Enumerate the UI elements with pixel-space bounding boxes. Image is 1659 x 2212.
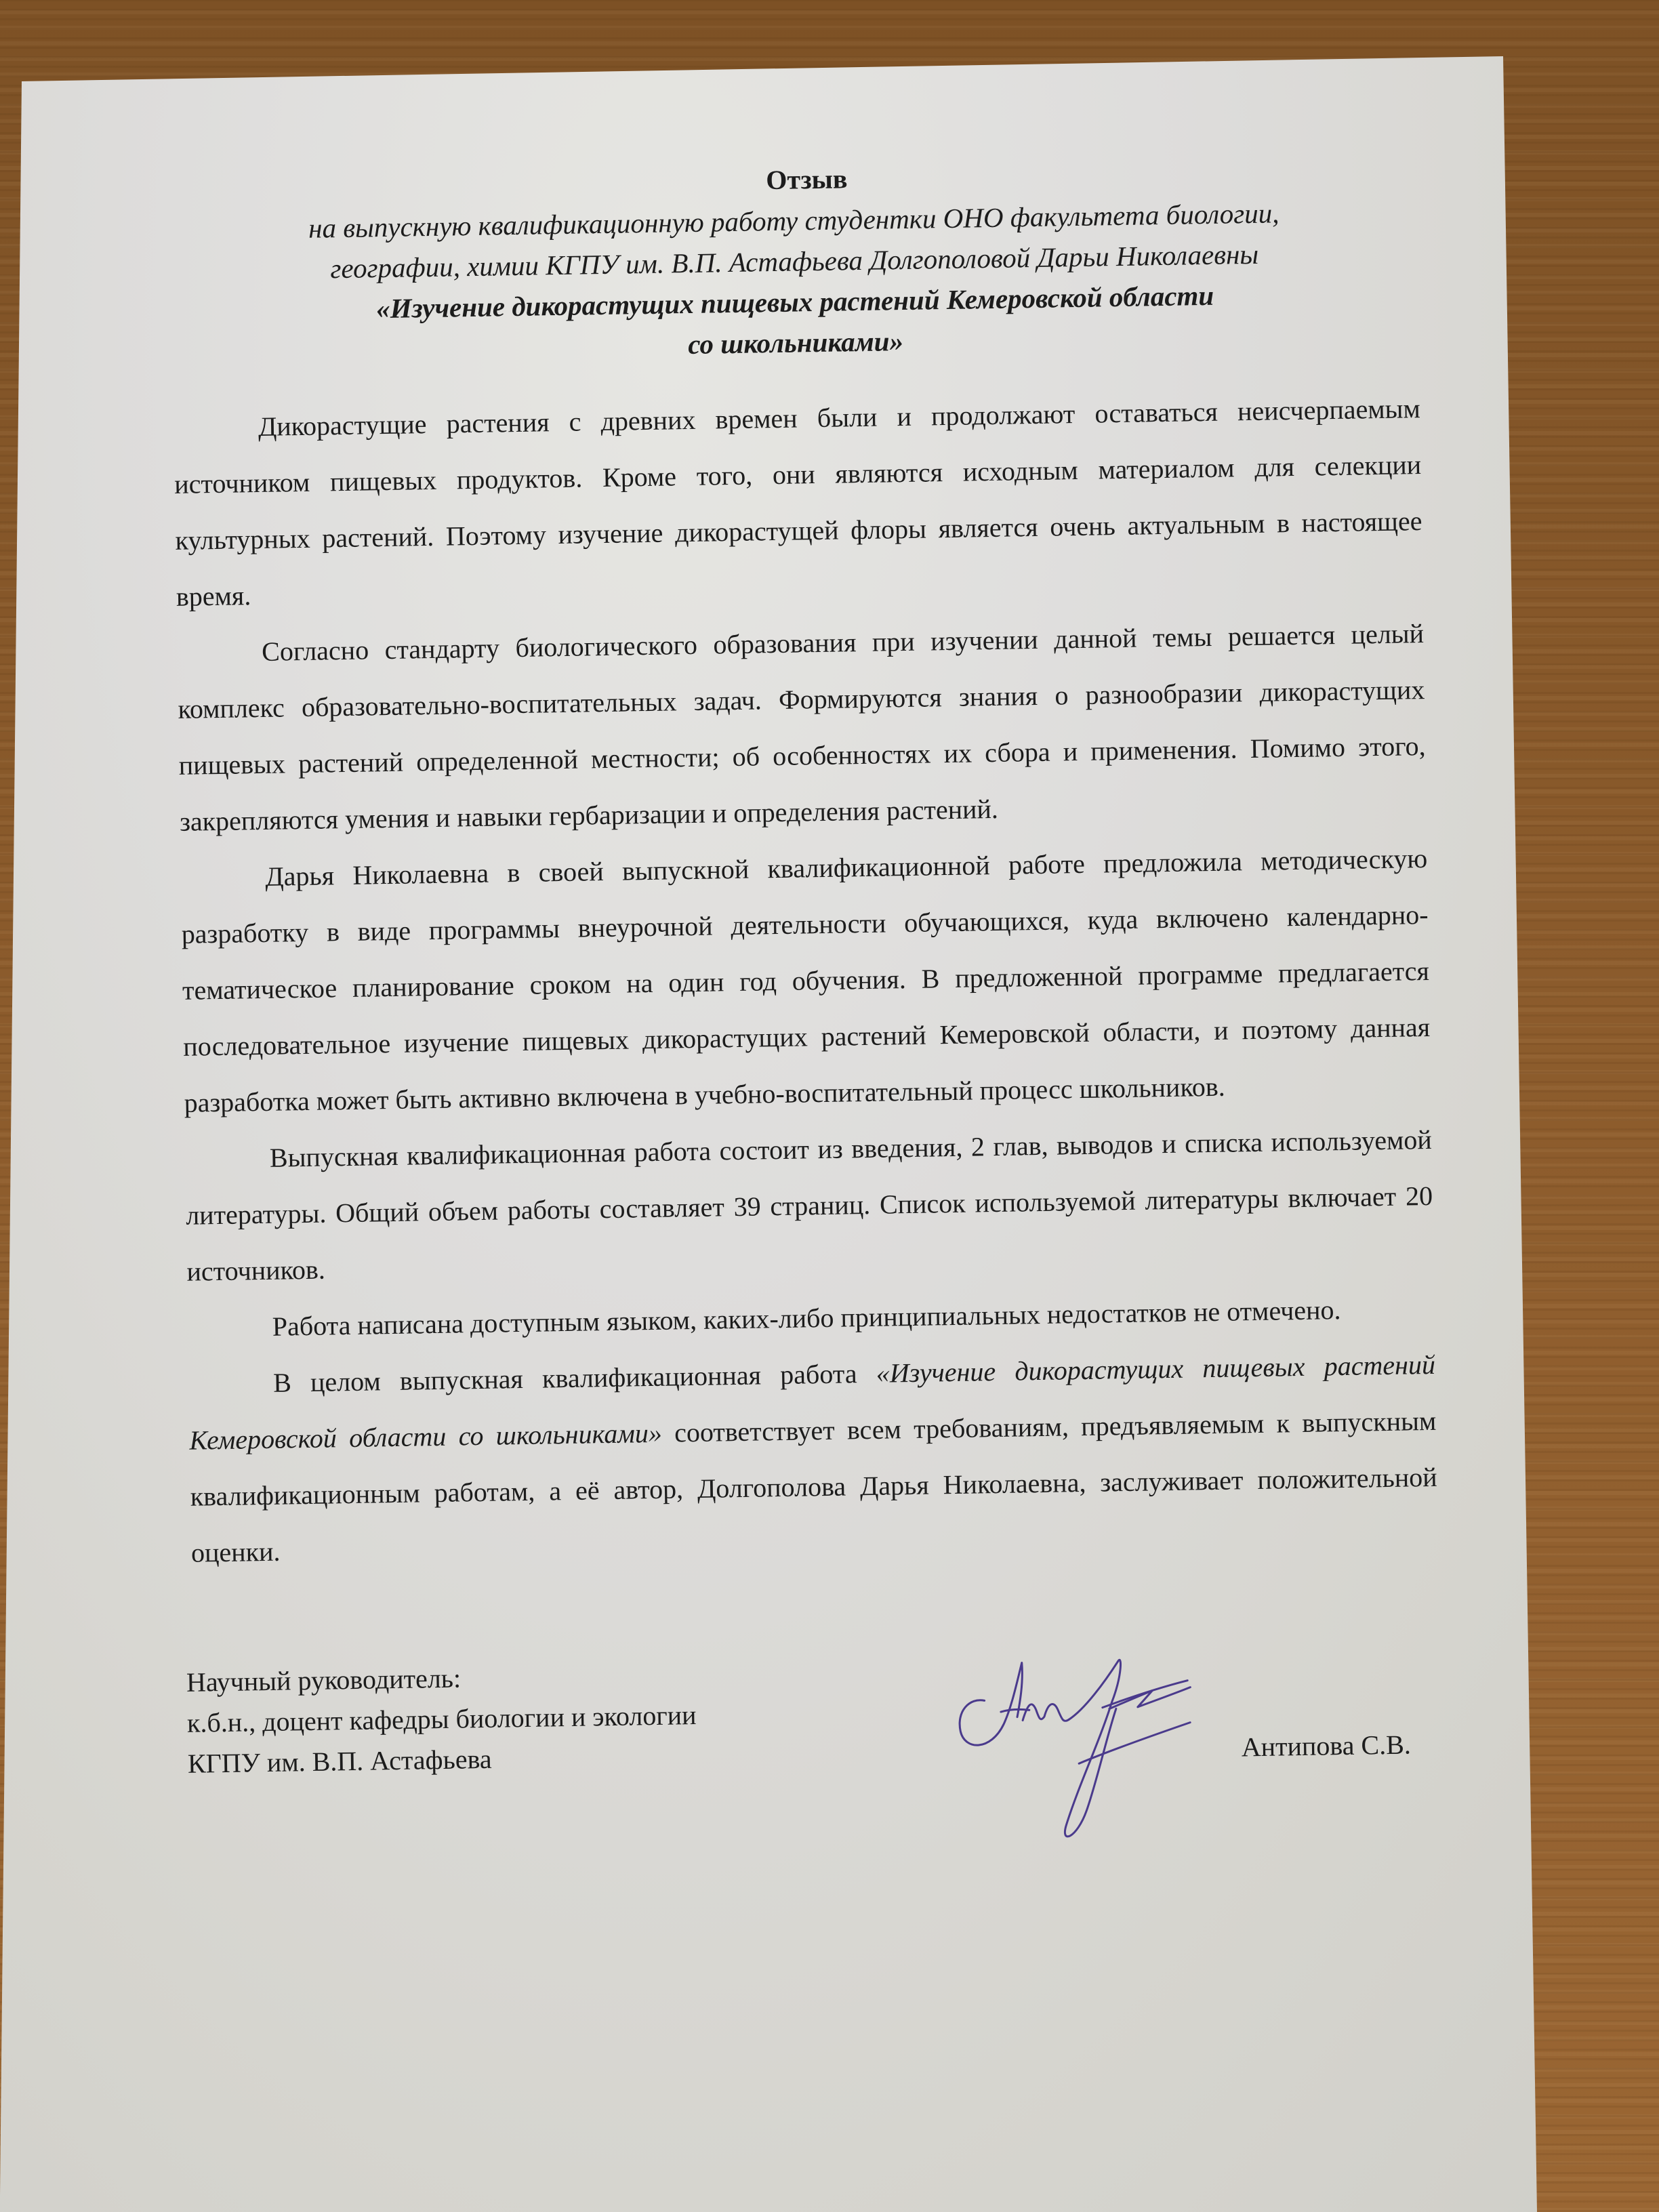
supervisor-name: Антипова С.В. xyxy=(1241,1725,1411,1768)
document-content: Отзыв на выпускную квалификационную рабо… xyxy=(169,150,1443,1852)
conclusion-text-start: В целом выпускная квалификационная работ… xyxy=(273,1358,876,1398)
paragraph-development: Дарья Николаевна в своей выпускной квали… xyxy=(180,830,1431,1131)
paragraph-relevance: Дикорастущие растения с древних времен б… xyxy=(173,380,1423,625)
paragraph-conclusion: В целом выпускная квалификационная работ… xyxy=(188,1336,1439,1581)
supervisor-position: к.б.н., доцент кафедры биологии и эколог… xyxy=(187,1695,697,1744)
paper-sheet: Отзыв на выпускную квалификационную рабо… xyxy=(0,0,1659,2212)
supervisor-institution: КГПУ им. В.П. Астафьева xyxy=(187,1736,697,1784)
handwritten-signature-icon xyxy=(948,1633,1236,1861)
document-header: Отзыв на выпускную квалификационную рабо… xyxy=(169,150,1419,373)
signature-block: Научный руководитель: к.б.н., доцент каф… xyxy=(193,1643,1443,1852)
supervisor-info: Научный руководитель: к.б.н., доцент каф… xyxy=(186,1654,697,1784)
review-body: Дикорастущие растения с древних времен б… xyxy=(173,380,1438,1581)
paragraph-standard: Согласно стандарту биологического образо… xyxy=(177,605,1427,850)
paragraph-structure: Выпускная квалификационная работа состои… xyxy=(184,1111,1434,1300)
